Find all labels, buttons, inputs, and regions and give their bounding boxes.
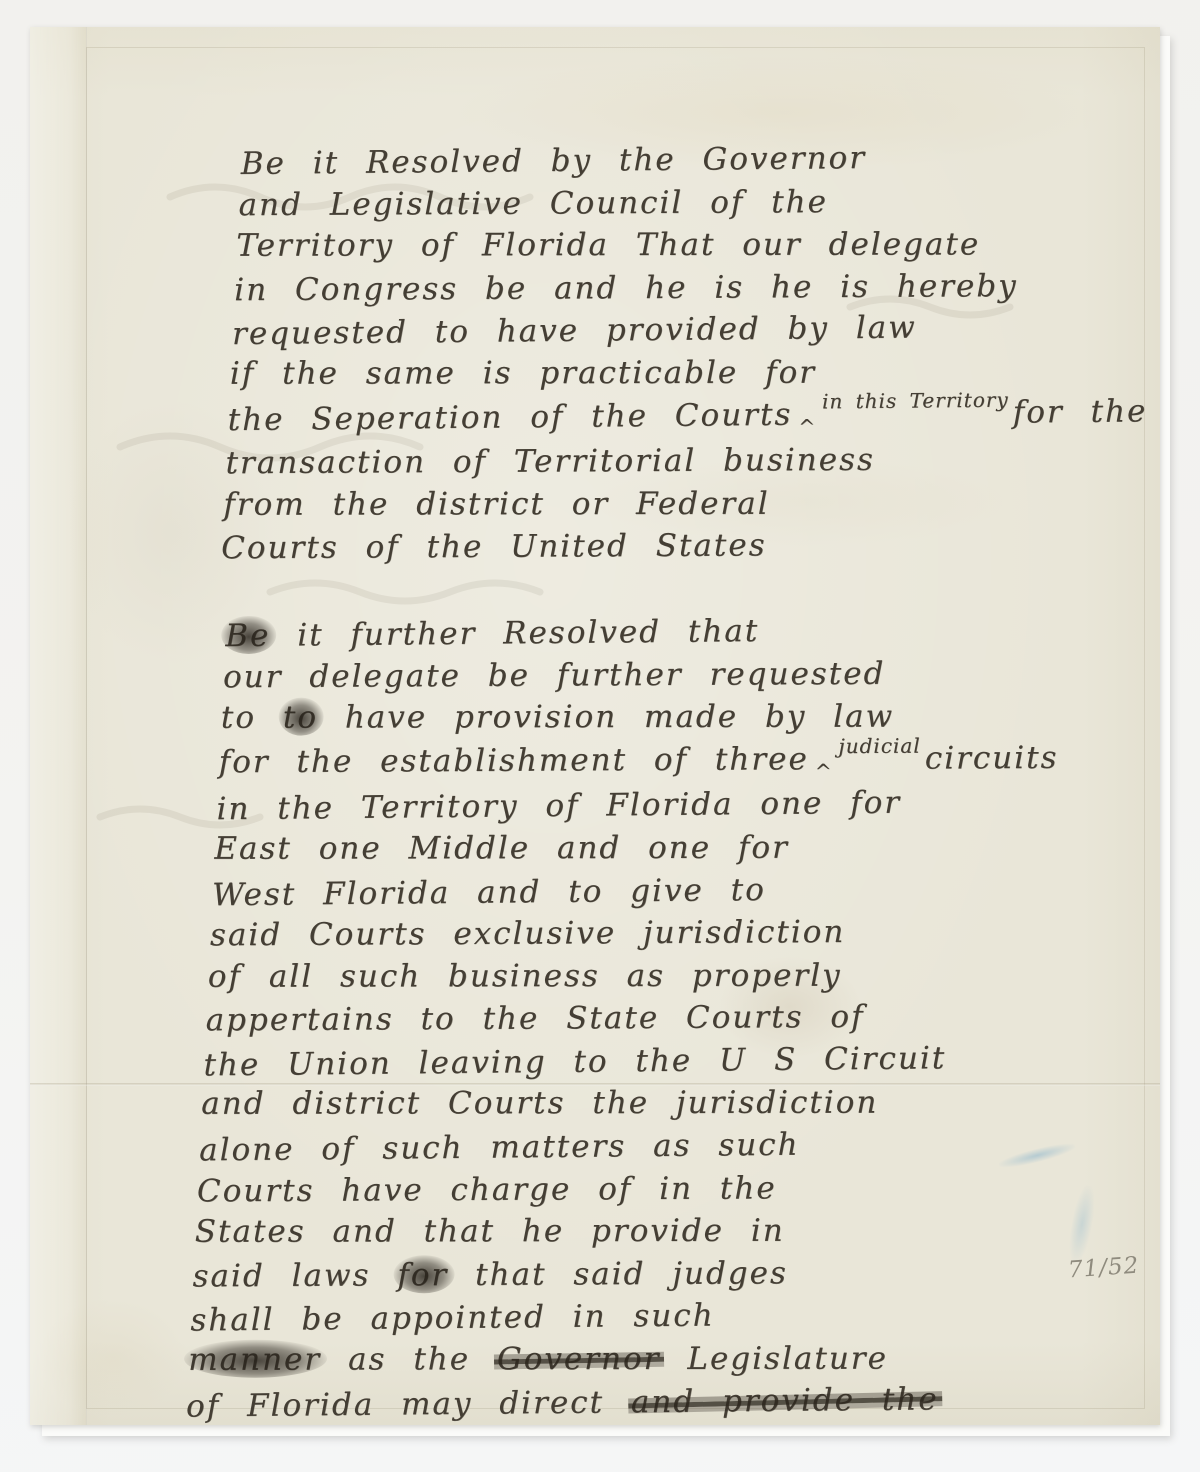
manuscript-page: Be it Resolved by the Governorand Legisl…: [30, 27, 1160, 1425]
manuscript-line: transaction of Territorial business: [178, 438, 1138, 486]
manuscript-line: West Florida and to give to: [180, 865, 1140, 917]
manuscript-line: States and that he provide in: [182, 1209, 1142, 1253]
struck-text: Governor: [497, 1341, 661, 1377]
text-segment: the Union leaving to the U S Circuit: [203, 1040, 946, 1083]
text-segment: in Congress be and he is he is hereby: [234, 268, 1018, 308]
manuscript-line: of Florida may direct and provide the: [183, 1376, 1143, 1428]
manuscript-line: in the Territory of Florida one for: [180, 780, 1140, 832]
text-segment: appertains to the State Courts of: [206, 999, 865, 1038]
text-segment: that said judges: [448, 1255, 788, 1293]
text-segment: of all such business as properly: [208, 957, 842, 994]
blotted-text: for: [397, 1257, 448, 1293]
text-segment: requested to have provided by law: [232, 310, 917, 353]
manuscript-line: to to have provision made by law: [180, 695, 1140, 739]
manuscript-line: East one Middle and one for: [180, 826, 1140, 870]
manuscript-line: manner as the Governor Legislature: [183, 1337, 1143, 1381]
text-segment: for the establishment of three: [219, 741, 809, 780]
manuscript-line: Territory of Florida That our delegate: [177, 223, 1137, 267]
manuscript-line: the Union leaving to the U S Circuit: [181, 1035, 1141, 1087]
text-segment: and Legislative Council of the: [238, 184, 828, 223]
manuscript-line: and Legislative Council of the: [177, 179, 1137, 227]
text-segment: have provision made by law: [318, 699, 894, 736]
text-segment: to: [221, 700, 283, 736]
manuscript-line: alone of such matters as such: [182, 1120, 1142, 1172]
manuscript-text: Be it Resolved by the Governorand Legisl…: [177, 136, 1144, 1425]
text-segment: transaction of Territorial business: [225, 442, 875, 481]
text-segment: East one Middle and one for: [214, 830, 789, 867]
text-segment: said Courts exclusive jurisdiction: [210, 914, 846, 953]
manuscript-line: from the district or Federal: [179, 482, 1139, 526]
manuscript-line: shall be appointed in such: [183, 1291, 1143, 1343]
text-segment: of Florida may direct: [186, 1384, 631, 1424]
text-segment: for the: [1013, 393, 1148, 430]
blotted-text: to: [283, 700, 318, 736]
text-segment: said laws: [192, 1257, 397, 1294]
struck-text: and provide the: [631, 1381, 939, 1420]
text-segment: our delegate be further requested: [223, 655, 886, 694]
manuscript-line: and district Courts the jurisdiction: [182, 1082, 1142, 1126]
manuscript-line: of all such business as properly: [181, 954, 1141, 998]
paragraph: Be it further Resolved thatour delegate …: [179, 608, 1143, 1425]
text-segment: from the district or Federal: [223, 486, 769, 523]
inserted-text: in this Territory: [822, 389, 1009, 411]
text-segment: shall be appointed in such: [190, 1298, 715, 1339]
text-segment: Courts have charge of in the: [197, 1170, 777, 1209]
manuscript-line: in Congress be and he is he is hereby: [177, 264, 1137, 312]
margin-note: 71/52: [1067, 1253, 1140, 1284]
manuscript-line: the Seperation of the Courts^in this Ter…: [178, 390, 1138, 445]
text-segment: West Florida and to give to: [212, 871, 766, 912]
text-segment: Be it Resolved by the Governor: [241, 140, 867, 182]
manuscript-line: Be it Resolved by the Governor: [177, 134, 1137, 186]
text-segment: as the: [321, 1341, 497, 1377]
text-segment: it further Resolved that: [270, 613, 759, 654]
paper-fold-strip: [30, 27, 87, 1425]
text-segment: States and that he provide in: [195, 1213, 785, 1250]
manuscript-line: appertains to the State Courts of: [181, 995, 1141, 1043]
text-segment: if the same is practicable for: [230, 355, 816, 392]
text-segment: circuits: [925, 740, 1059, 777]
manuscript-line: requested to have provided by law: [177, 305, 1137, 357]
manuscript-line: Courts of the United States: [179, 523, 1139, 571]
paragraph: Be it Resolved by the Governorand Legisl…: [177, 136, 1139, 570]
text-segment: in the Territory of Florida one for: [216, 785, 901, 828]
manuscript-line: said Courts exclusive jurisdiction: [181, 910, 1141, 958]
document-photo: Be it Resolved by the Governorand Legisl…: [0, 0, 1200, 1472]
insertion-caret: ^: [798, 405, 817, 448]
blotted-text: Be: [225, 618, 270, 654]
manuscript-line: Courts have charge of in the: [182, 1165, 1142, 1213]
manuscript-line: Be it further Resolved that: [179, 606, 1139, 658]
text-segment: Legislature: [660, 1341, 888, 1377]
text-segment: Courts of the United States: [221, 528, 767, 567]
blotted-text: manner: [188, 1342, 321, 1378]
text-segment: and district Courts the jurisdiction: [201, 1085, 878, 1122]
text-segment: Territory of Florida That our delegate: [236, 227, 980, 264]
manuscript-line: for the establishment of three^judicialc…: [180, 736, 1140, 787]
manuscript-line: our delegate be further requested: [179, 651, 1139, 699]
text-segment: alone of such matters as such: [199, 1127, 800, 1169]
inserted-text: judicial: [838, 735, 920, 755]
text-segment: the Seperation of the Courts: [228, 396, 793, 437]
